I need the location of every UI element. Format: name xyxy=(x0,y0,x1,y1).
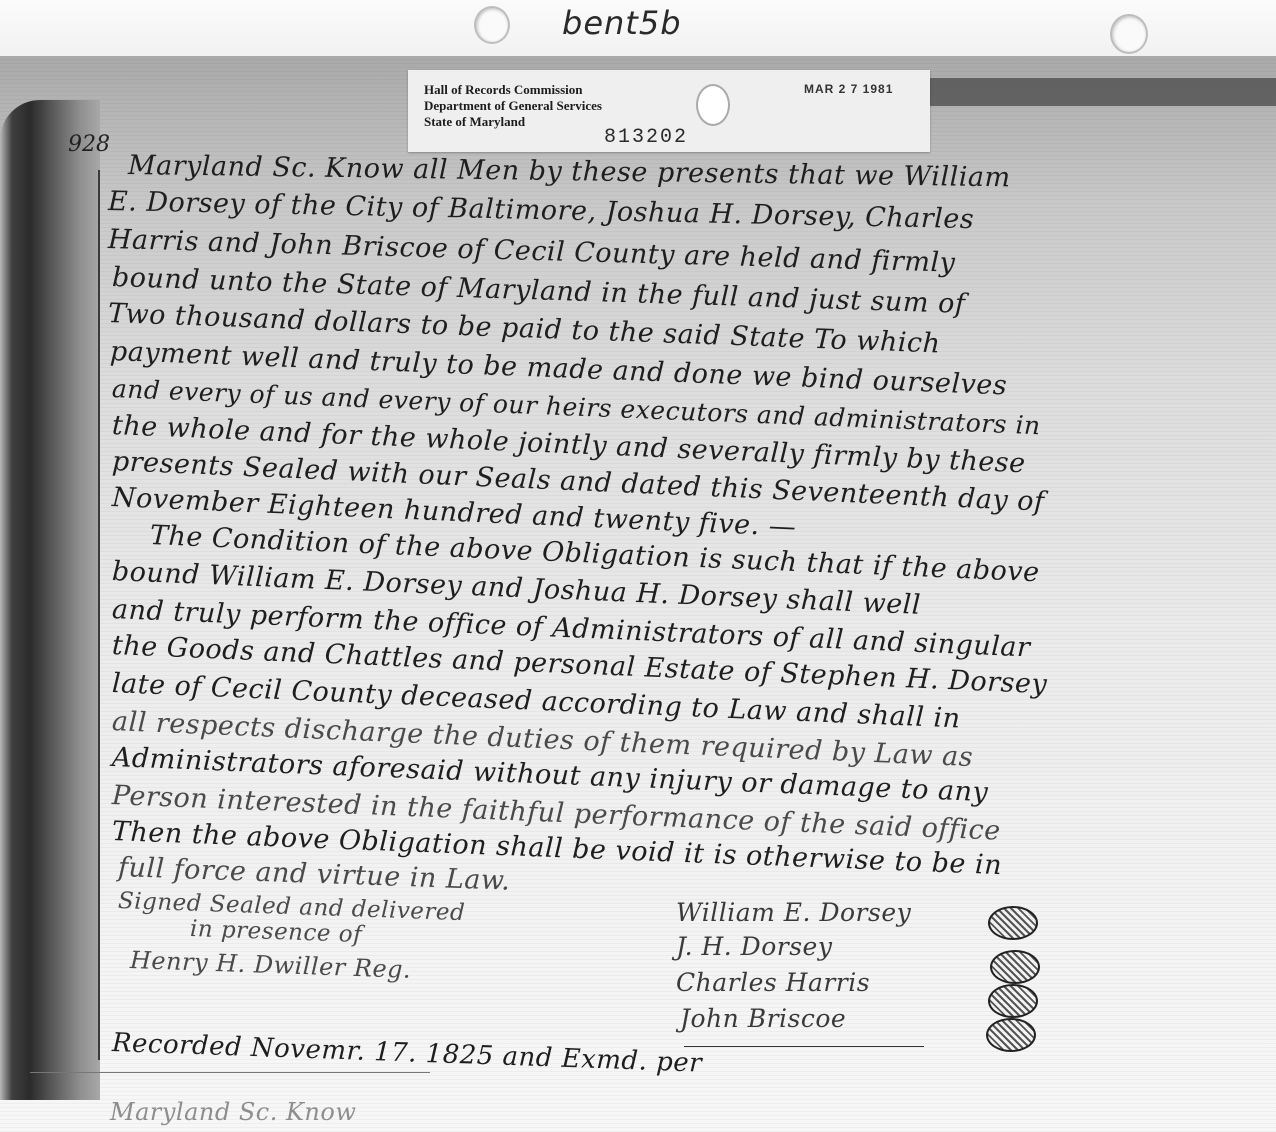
signature-william-dorsey: William E. Dorsey xyxy=(676,898,911,927)
signature-john-briscoe: John Briscoe xyxy=(680,1004,846,1033)
punch-hole-left xyxy=(474,6,510,44)
entry-divider xyxy=(30,1072,430,1073)
signature-charles-harris: Charles Harris xyxy=(676,968,870,997)
seal-icon xyxy=(988,906,1038,940)
date-stamp: MAR 2 7 1981 xyxy=(804,82,893,96)
archive-label: Hall of Records Commission Department of… xyxy=(408,70,930,152)
archive-label-line2: Department of General Services xyxy=(424,98,602,114)
accession-number: 813202 xyxy=(604,126,688,149)
folder-code: bent5b xyxy=(562,4,682,42)
page-shadow-band xyxy=(930,78,1276,106)
signature-jh-dorsey: J. H. Dorsey xyxy=(676,932,832,961)
archive-label-line1: Hall of Records Commission xyxy=(424,82,583,98)
seal-icon xyxy=(990,950,1040,984)
signature-flourish xyxy=(684,1046,924,1047)
seal-icon xyxy=(986,1018,1036,1052)
archive-label-line3: State of Maryland xyxy=(424,114,525,130)
folio-number: 928 xyxy=(68,132,110,157)
margin-rule xyxy=(98,170,100,1060)
label-punch-hole xyxy=(696,84,730,126)
next-entry-fragment: Maryland Sc. Know xyxy=(110,1098,356,1126)
punch-hole-right xyxy=(1110,14,1148,54)
book-binding xyxy=(0,100,100,1100)
seal-icon xyxy=(988,984,1038,1018)
